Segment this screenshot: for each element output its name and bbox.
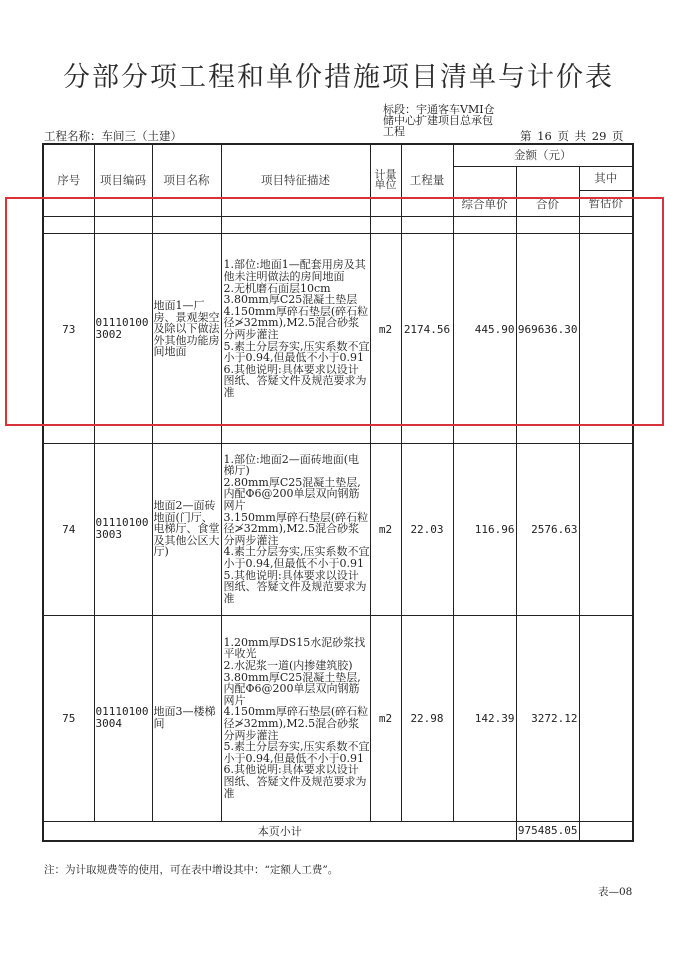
cell-total: 2576.63 bbox=[516, 443, 579, 615]
desc-line: 4.素土分层夯实,压实系数不宜小于0.94,但最低不小于0.91 bbox=[224, 546, 370, 569]
cell-code: 011101003004 bbox=[94, 615, 152, 821]
cell-seq: 75 bbox=[43, 615, 94, 821]
pricing-table: 序号 项目编码 项目名称 项目特征描述 计量单位 工程量 金额（元） 综合单价 … bbox=[42, 143, 634, 842]
spacer-row bbox=[43, 216, 633, 233]
header-seq: 序号 bbox=[43, 144, 94, 216]
desc-line: 1.20mm厚DS15水泥砂浆找平收光 bbox=[224, 637, 370, 660]
desc-line: 2.80mm厚C25混凝土垫层,内配Φ6@200单层双向钢筋网片 bbox=[224, 477, 370, 512]
cell-quantity: 22.98 bbox=[401, 615, 453, 821]
subtotal-row: 本页小计 975485.05 bbox=[43, 821, 633, 841]
header-total: 合价 bbox=[516, 166, 579, 216]
footnote: 注：为计取规费等的使用，可在表中增设其中：“定额人工费”。 bbox=[44, 862, 338, 877]
cell-unit: m2 bbox=[370, 233, 401, 425]
subtotal-provisional bbox=[579, 821, 633, 841]
cell-name: 地面1—厂房、景观架空及除以下做法外其他功能房间地面 bbox=[152, 233, 221, 425]
cell-total: 3272.12 bbox=[516, 615, 579, 821]
cell-unit: m2 bbox=[370, 615, 401, 821]
blank-row bbox=[43, 425, 633, 443]
header-of-which: 其中 bbox=[579, 166, 633, 190]
desc-line: 3.80mm厚C25混凝土垫层,内配Φ6@200单层双向钢筋网片 bbox=[224, 672, 370, 707]
header-unit-text: 计量单位 bbox=[374, 170, 398, 190]
subtotal-label: 本页小计 bbox=[43, 821, 516, 841]
subtotal-total: 975485.05 bbox=[516, 821, 579, 841]
cell-seq: 74 bbox=[43, 443, 94, 615]
desc-line: 4.150mm厚碎石垫层(碎石粒径≯32mm),M2.5混合砂浆分两步灌注 bbox=[224, 306, 370, 341]
cell-code: 011101003003 bbox=[94, 443, 152, 615]
cell-description: 1.20mm厚DS15水泥砂浆找平收光 2.水泥浆一道(内掺建筑胶) 3.80m… bbox=[221, 615, 370, 821]
cell-unit: m2 bbox=[370, 443, 401, 615]
header-provisional: 暂估价 bbox=[579, 190, 633, 216]
document-title: 分部分项工程和单价措施项目清单与计价表 bbox=[0, 55, 677, 94]
cell-unit-price: 142.39 bbox=[453, 615, 516, 821]
page-info: 第 16 页 共 29 页 bbox=[520, 128, 624, 144]
header-unit-price: 综合单价 bbox=[453, 166, 516, 216]
desc-line: 1.部位:地面1—配套用房及其他未注明做法的房间地面 bbox=[224, 259, 370, 282]
header-amount-group: 金额（元） bbox=[453, 144, 633, 166]
desc-line: 4.150mm厚碎石垫层(碎石粒径≯32mm),M2.5混合砂浆分两步灌注 bbox=[224, 706, 370, 741]
desc-line: 3.150mm厚碎石垫层(碎石粒径≯32mm),M2.5混合砂浆分两步灌注 bbox=[224, 512, 370, 547]
desc-line: 2.水泥浆一道(内掺建筑胶) bbox=[224, 660, 370, 672]
desc-line: 5.素土分层夯实,压实系数不宜小于0.94,但最低不小于0.91 bbox=[224, 341, 370, 364]
cell-description: 1.部位:地面2—面砖地面(电梯厅) 2.80mm厚C25混凝土垫层,内配Φ6@… bbox=[221, 443, 370, 615]
cell-description: 1.部位:地面1—配套用房及其他未注明做法的房间地面 2.无机磨石面层10cm … bbox=[221, 233, 370, 425]
cell-total: 969636.30 bbox=[516, 233, 579, 425]
form-number: 表—08 bbox=[598, 884, 632, 899]
header-name: 项目名称 bbox=[152, 144, 221, 216]
cell-provisional bbox=[579, 233, 633, 425]
desc-line: 1.部位:地面2—面砖地面(电梯厅) bbox=[224, 454, 370, 477]
header-row-1: 序号 项目编码 项目名称 项目特征描述 计量单位 工程量 金额（元） bbox=[43, 144, 633, 166]
section-label: 标段：宇通客车VMI仓储中心扩建项目总承包工程 bbox=[383, 104, 503, 137]
desc-line: 5.素土分层夯实,压实系数不宜小于0.94,但最低不小于0.91 bbox=[224, 741, 370, 764]
desc-line: 5.其他说明:具体要求以设计图纸、答疑文件及规范要求为准 bbox=[224, 570, 370, 605]
header-code: 项目编码 bbox=[94, 144, 152, 216]
header-unit: 计量单位 bbox=[370, 144, 401, 216]
table-row[interactable]: 75 011101003004 地面3—楼梯间 1.20mm厚DS15水泥砂浆找… bbox=[43, 615, 633, 821]
desc-line: 6.其他说明:具体要求以设计图纸、答疑文件及规范要求为准 bbox=[224, 764, 370, 799]
table-row[interactable]: 74 011101003003 地面2—面砖地面(门厅、电梯厅、食堂及其他公区大… bbox=[43, 443, 633, 615]
cell-provisional bbox=[579, 615, 633, 821]
table-row[interactable]: 73 011101003002 地面1—厂房、景观架空及除以下做法外其他功能房间… bbox=[43, 233, 633, 425]
cell-code: 011101003002 bbox=[94, 233, 152, 425]
desc-line: 6.其他说明:具体要求以设计图纸、答疑文件及规范要求为准 bbox=[224, 364, 370, 399]
cell-seq: 73 bbox=[43, 233, 94, 425]
cell-name: 地面3—楼梯间 bbox=[152, 615, 221, 821]
cell-quantity: 2174.56 bbox=[401, 233, 453, 425]
header-description: 项目特征描述 bbox=[221, 144, 370, 216]
cell-name: 地面2—面砖地面(门厅、电梯厅、食堂及其他公区大厅) bbox=[152, 443, 221, 615]
project-name: 工程名称：车间三（土建） bbox=[44, 128, 182, 144]
header-quantity: 工程量 bbox=[401, 144, 453, 216]
cell-provisional bbox=[579, 443, 633, 615]
cell-unit-price: 445.90 bbox=[453, 233, 516, 425]
cell-unit-price: 116.96 bbox=[453, 443, 516, 615]
cell-quantity: 22.03 bbox=[401, 443, 453, 615]
